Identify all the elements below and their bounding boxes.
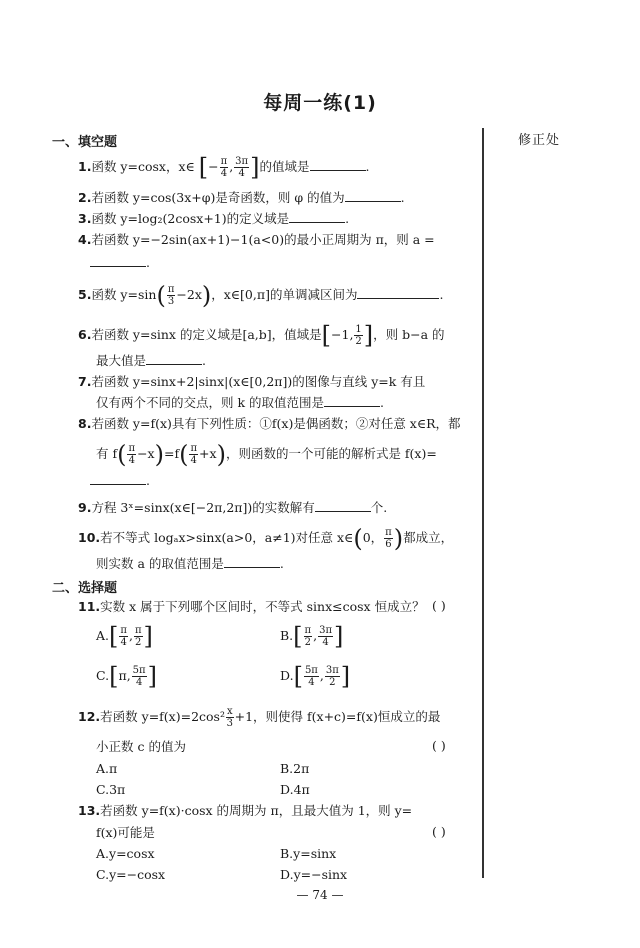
- left-paren: (: [117, 441, 126, 469]
- question-text: 0，: [363, 530, 383, 545]
- question-number: 2.: [78, 190, 91, 205]
- question-text: −1,: [331, 327, 353, 342]
- option-label: B.: [280, 761, 293, 776]
- question-8: 8.若函数 y=f(x)具有下列性质：①f(x)是偶函数；②对任意 x∈R，都: [78, 415, 478, 433]
- question-text: 仅有两个不同的交点，则 k 的取值范围是: [96, 395, 324, 410]
- question-10: 10.若不等式 logₐx>sinx(a>0，a≠1)对任意 x∈(0，π6)都…: [78, 527, 478, 550]
- right-bracket: ]: [341, 663, 350, 691]
- answer-blank[interactable]: [315, 499, 371, 512]
- option-value: π: [109, 761, 117, 776]
- margin-divider: [482, 128, 484, 878]
- answer-blank[interactable]: [90, 254, 146, 267]
- question-number: 11.: [78, 599, 100, 614]
- answer-blank[interactable]: [357, 286, 439, 299]
- question-4: 4.若函数 y=−2sin(ax+1)−1(a<0)的最小正周期为 π，则 a …: [78, 231, 478, 249]
- answer-paren[interactable]: ( ): [432, 824, 446, 839]
- question-text: 若函数 y=f(x)=2cos²: [100, 709, 225, 724]
- question-text: 函数 y=sin: [91, 287, 156, 302]
- question-text: 若函数 y=f(x)·cosx 的周期为 π，且最大值为 1，则 y=: [100, 803, 412, 818]
- period: .: [202, 353, 206, 368]
- period: .: [380, 395, 384, 410]
- question-text: 小正数 c 的值为: [96, 739, 186, 754]
- question-text: 有 f: [96, 446, 117, 461]
- option-value: 4π: [294, 782, 310, 797]
- option-label: C.: [96, 782, 109, 797]
- question-text: 个.: [371, 500, 387, 515]
- period: .: [146, 473, 150, 488]
- question-6-continuation: 最大值是.: [96, 352, 496, 370]
- period: .: [345, 211, 349, 226]
- right-paren: ): [202, 282, 211, 310]
- answer-blank[interactable]: [289, 210, 345, 223]
- question-number: 6.: [78, 327, 91, 342]
- question-7-continuation: 仅有两个不同的交点，则 k 的取值范围是.: [96, 394, 496, 412]
- fraction: π6: [384, 527, 393, 550]
- page-title: 每周一练(1): [0, 88, 640, 115]
- question-number: 10.: [78, 530, 100, 545]
- fraction: π4: [119, 625, 128, 648]
- option-value: 3π: [109, 782, 125, 797]
- question-text: =f: [164, 446, 179, 461]
- option-label: A.: [96, 761, 109, 776]
- question-2: 2.若函数 y=cos(3x+φ)是奇函数，则 φ 的值为.: [78, 189, 478, 207]
- option-a[interactable]: A.[π4,π2]: [96, 625, 153, 648]
- right-bracket: ]: [364, 322, 373, 350]
- period: .: [401, 190, 405, 205]
- question-text: 若函数 y=sinx+2|sinx|(x∈[0,2π])的图像与直线 y=k 有…: [91, 374, 425, 389]
- question-text: ，则 b−a 的: [373, 327, 444, 342]
- fraction: π2: [304, 625, 313, 648]
- option-a[interactable]: A.y=cosx: [96, 845, 155, 863]
- option-d[interactable]: D.4π: [280, 781, 310, 799]
- answer-blank[interactable]: [146, 352, 202, 365]
- question-number: 8.: [78, 416, 91, 431]
- left-bracket: [: [109, 623, 118, 651]
- right-paren: ): [155, 441, 164, 469]
- left-bracket: [: [294, 663, 303, 691]
- question-number: 12.: [78, 709, 100, 724]
- fraction: π3: [167, 284, 176, 307]
- right-paren: ): [217, 441, 226, 469]
- option-label: D.: [280, 782, 294, 797]
- question-number: 4.: [78, 232, 91, 247]
- fraction: 5π4: [304, 665, 319, 688]
- question-text: 若函数 y=f(x)具有下列性质：①f(x)是偶函数；②对任意 x∈R，都: [91, 416, 460, 431]
- left-bracket: [: [322, 322, 331, 350]
- question-13: 13.若函数 y=f(x)·cosx 的周期为 π，且最大值为 1，则 y=: [78, 802, 478, 820]
- option-value: y=sinx: [293, 846, 336, 861]
- question-text: 若函数 y=cos(3x+φ)是奇函数，则 φ 的值为: [91, 190, 344, 205]
- fraction: 3π4: [318, 625, 333, 648]
- option-d[interactable]: D.y=−sinx: [280, 866, 347, 884]
- fraction: π2: [134, 625, 143, 648]
- question-text: 则实数 a 的取值范围是: [96, 556, 224, 571]
- question-3: 3.函数 y=log₂(2cosx+1)的定义域是.: [78, 210, 478, 228]
- right-bracket: ]: [144, 623, 153, 651]
- question-10-continuation: 则实数 a 的取值范围是.: [96, 555, 496, 573]
- period: .: [146, 255, 150, 270]
- option-label: B.: [280, 628, 293, 643]
- answer-blank[interactable]: [310, 158, 366, 171]
- right-bracket: ]: [334, 623, 343, 651]
- left-paren: (: [156, 282, 165, 310]
- question-text: +x: [199, 446, 217, 461]
- fraction: π4: [189, 443, 198, 466]
- question-11: 11.实数 x 属于下列哪个区间时，不等式 sinx≤cosx 恒成立？: [78, 598, 478, 616]
- question-text: ，则函数的一个可能的解析式是 f(x)=: [226, 446, 437, 461]
- option-b[interactable]: B.[π2,3π4]: [280, 625, 343, 648]
- period: .: [439, 287, 443, 302]
- question-4-continuation: .: [96, 254, 496, 272]
- question-8-continuation: 有 f(π4−x)=f(π4+x)，则函数的一个可能的解析式是 f(x)=: [96, 443, 496, 466]
- section-fill-in: 一、填空题: [52, 131, 117, 150]
- page-number: — 74 —: [0, 888, 640, 902]
- question-text: 函数 y=cosx，x∈: [91, 159, 194, 174]
- question-9: 9.方程 3ˣ=sinx(x∈[−2π,2π])的实数解有个.: [78, 499, 478, 517]
- right-bracket: ]: [148, 663, 157, 691]
- question-number: 5.: [78, 287, 91, 302]
- question-12: 12.若函数 y=f(x)=2cos²x3+1，则使得 f(x+c)=f(x)恒…: [78, 706, 478, 729]
- question-text: −2x: [176, 287, 201, 302]
- option-label: B.: [280, 846, 293, 861]
- question-5: 5.函数 y=sin(π3−2x)，x∈[0,π]的单调减区间为.: [78, 284, 478, 307]
- minus-sign: −: [208, 159, 218, 174]
- answer-paren[interactable]: ( ): [432, 598, 446, 613]
- fraction: 3π2: [325, 665, 340, 688]
- question-text: +1，则使得 f(x+c)=f(x)恒成立的最: [235, 709, 441, 724]
- fraction: π4: [127, 443, 136, 466]
- question-7: 7.若函数 y=sinx+2|sinx|(x∈[0,2π])的图像与直线 y=k…: [78, 373, 478, 391]
- answer-blank[interactable]: [224, 555, 280, 568]
- left-paren: (: [179, 441, 188, 469]
- option-label: A.: [96, 846, 109, 861]
- right-paren: ): [394, 525, 403, 553]
- option-c[interactable]: C.y=−cosx: [96, 866, 165, 884]
- period: .: [280, 556, 284, 571]
- question-text: 最大值是: [96, 353, 146, 368]
- period: .: [366, 159, 370, 174]
- correction-margin-label: 修正处: [518, 129, 560, 148]
- option-b[interactable]: B.y=sinx: [280, 845, 336, 863]
- fraction: 3π4: [234, 156, 249, 179]
- question-text: −x: [137, 446, 155, 461]
- option-label: C.: [96, 867, 109, 882]
- option-a[interactable]: A.π: [96, 760, 117, 778]
- question-number: 1.: [78, 159, 91, 174]
- fraction: 5π4: [132, 665, 147, 688]
- option-value: 2π: [293, 761, 309, 776]
- question-text: 方程 3ˣ=sinx(x∈[−2π,2π])的实数解有: [91, 500, 314, 515]
- option-label: D.: [280, 867, 294, 882]
- option-c[interactable]: C.[π,5π4]: [96, 665, 157, 688]
- left-paren: (: [353, 525, 362, 553]
- question-number: 9.: [78, 500, 91, 515]
- fraction: x3: [226, 706, 234, 729]
- question-text: 若函数 y=−2sin(ax+1)−1(a<0)的最小正周期为 π，则 a =: [91, 232, 434, 247]
- option-label: D.: [280, 668, 294, 683]
- question-6: 6.若函数 y=sinx 的定义域是[a,b]，值域是[−1,12]，则 b−a…: [78, 324, 478, 347]
- left-bracket: [: [199, 154, 208, 182]
- option-b[interactable]: B.2π: [280, 760, 309, 778]
- option-value: π: [118, 668, 126, 683]
- answer-blank[interactable]: [90, 472, 146, 485]
- question-text: 函数 y=log₂(2cosx+1)的定义域是: [91, 211, 289, 226]
- question-text: 都成立，: [403, 530, 453, 545]
- option-value: y=cosx: [109, 846, 155, 861]
- section-multiple-choice: 二、选择题: [52, 577, 117, 596]
- question-number: 3.: [78, 211, 91, 226]
- option-c[interactable]: C.3π: [96, 781, 125, 799]
- question-number: 13.: [78, 803, 100, 818]
- option-value: y=−sinx: [294, 867, 348, 882]
- option-label: A.: [96, 628, 109, 643]
- question-text: 若函数 y=sinx 的定义域是[a,b]，值域是: [91, 327, 321, 342]
- question-text: 若不等式 logₐx>sinx(a>0，a≠1)对任意 x∈: [100, 530, 353, 545]
- left-bracket: [: [293, 623, 302, 651]
- question-text: 的值域是: [259, 159, 309, 174]
- question-text: 实数 x 属于下列哪个区间时，不等式 sinx≤cosx 恒成立？: [100, 599, 424, 614]
- option-label: C.: [96, 668, 109, 683]
- fraction: π4: [220, 156, 229, 179]
- question-8-answer-line: .: [96, 472, 496, 490]
- answer-blank[interactable]: [324, 394, 380, 407]
- answer-blank[interactable]: [345, 189, 401, 202]
- option-d[interactable]: D.[5π4,3π2]: [280, 665, 350, 688]
- question-text: f(x)可能是: [96, 825, 155, 840]
- question-number: 7.: [78, 374, 91, 389]
- question-1: 1.函数 y=cosx，x∈ [−π4,3π4]的值域是.: [78, 156, 478, 179]
- answer-paren[interactable]: ( ): [432, 738, 446, 753]
- option-value: y=−cosx: [109, 867, 165, 882]
- fraction: 12: [354, 324, 362, 347]
- question-text: ，x∈[0,π]的单调减区间为: [211, 287, 357, 302]
